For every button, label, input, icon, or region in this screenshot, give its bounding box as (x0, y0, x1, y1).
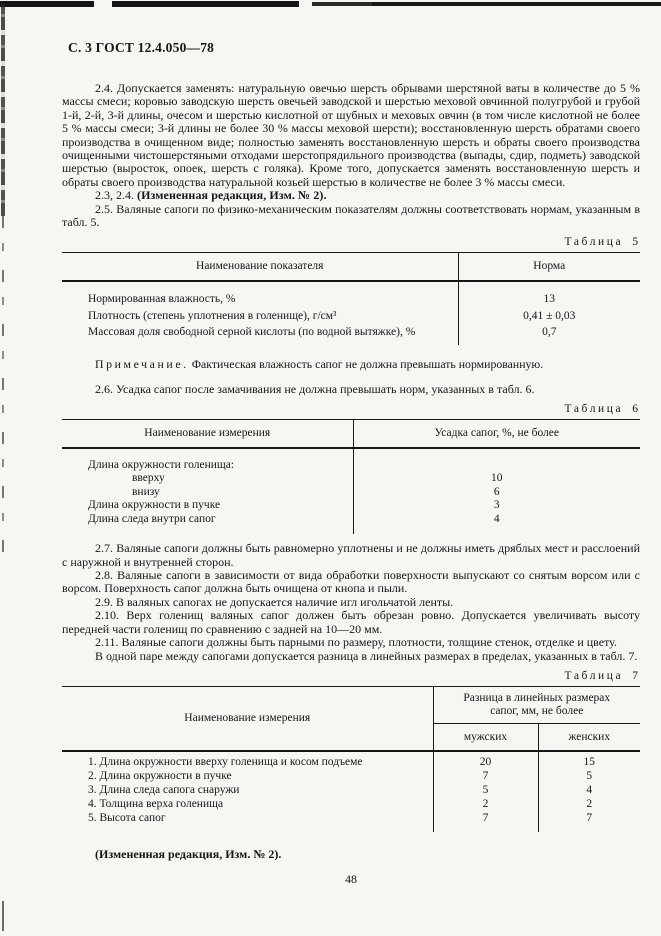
measure-name-cell: Длина окружности в пучке (62, 499, 353, 513)
indicator-name-cell: Плотность (степень уплотнения в голенище… (62, 308, 458, 324)
table-header-row: Наименование показателя Норма (62, 253, 640, 281)
male-value-cell: 7 (433, 812, 538, 832)
female-value-cell: 7 (538, 812, 640, 832)
measure-name-cell: внизу (62, 486, 353, 500)
female-value-cell: 5 (538, 770, 640, 784)
table7-col-measure: Наименование измерения (62, 686, 433, 751)
male-value-cell: 5 (433, 784, 538, 798)
shrinkage-value-cell: 3 (353, 499, 640, 513)
male-value-cell: 20 (433, 751, 538, 770)
table-row: вверху 10 (62, 472, 640, 486)
measure-name-cell: 2. Длина окружности в пучке (62, 770, 433, 784)
scanned-document-page: С. 3 ГОСТ 12.4.050—78 2.4. Допускается з… (0, 0, 661, 936)
measure-name-cell: 5. Высота сапог (62, 812, 433, 832)
page-header: С. 3 ГОСТ 12.4.050—78 (68, 40, 640, 56)
paragraph-2-9: 2.9. В валяных сапогах не допускается на… (62, 596, 640, 609)
norm-value-cell: 13 (458, 281, 640, 307)
female-value-cell: 2 (538, 798, 640, 812)
table6-col-shrinkage: Усадка сапог, %, не более (353, 419, 640, 447)
indicator-name-cell: Нормированная влажность, % (62, 281, 458, 307)
male-value-cell: 7 (433, 770, 538, 784)
table6-caption: Таблица6 (62, 403, 640, 415)
table-row: 5. Высота сапог 7 7 (62, 812, 640, 832)
shrinkage-value-cell: 4 (353, 513, 640, 535)
scan-artifact-top-edge (312, 2, 661, 6)
measure-name-cell: Длина следа внутри сапог (62, 513, 353, 535)
note-text: Фактическая влажность сапог не должна пр… (192, 357, 544, 371)
table-row: 1. Длина окружности вверху голенища и ко… (62, 751, 640, 770)
amendment-text: (Измененная редакция, Изм. № 2). (137, 188, 327, 202)
scan-artifact-left-edge (2, 901, 4, 931)
measure-name-cell: 3. Длина следа сапога снаружи (62, 784, 433, 798)
paragraph-2-7: 2.7. Валяные сапоги должны быть равномер… (62, 542, 640, 569)
table7-caption: Таблица7 (62, 670, 640, 682)
scan-artifact-top-edge (0, 1, 312, 7)
paragraph-2-6: 2.6. Усадка сапог после замачивания не д… (62, 383, 640, 396)
female-value-cell: 4 (538, 784, 640, 798)
measure-name-cell: 1. Длина окружности вверху голенища и ко… (62, 751, 433, 770)
table6-col-measure: Наименование измерения (62, 419, 353, 447)
note-label: Примечание. (95, 357, 189, 371)
table-row: внизу 6 (62, 486, 640, 500)
table-row: 3. Длина следа сапога снаружи 5 4 (62, 784, 640, 798)
paragraph-pair-difference: В одной паре между сапогами допускается … (62, 650, 640, 663)
table-row: Длина следа внутри сапог 4 (62, 513, 640, 535)
table-row: 2. Длина окружности в пучке 7 5 (62, 770, 640, 784)
shrinkage-value-cell (353, 448, 640, 473)
table5-caption: Таблица5 (62, 236, 640, 248)
measure-name-cell: вверху (62, 472, 353, 486)
note-table5: Примечание. Фактическая влажность сапог … (62, 358, 640, 371)
table7-col-female: женских (538, 723, 640, 751)
table-row: Длина окружности голенища: (62, 448, 640, 473)
paragraph-2-10: 2.10. Верх голенищ валяных сапог должен … (62, 609, 640, 636)
indicator-name-cell: Массовая доля свободной серной кислоты (… (62, 324, 458, 345)
table7-col-male: мужских (433, 723, 538, 751)
male-value-cell: 2 (433, 798, 538, 812)
paragraph-2-4: 2.4. Допускается заменять: натуральную о… (62, 82, 640, 189)
page-content: С. 3 ГОСТ 12.4.050—78 2.4. Допускается з… (62, 36, 640, 887)
table5: Наименование показателя Норма Нормирован… (62, 252, 640, 345)
norm-value-cell: 0,7 (458, 324, 640, 345)
scan-artifact-left-edge (2, 216, 4, 564)
paragraph-2-5: 2.5. Валяные сапоги по физико-механическ… (62, 203, 640, 230)
table-header-row: Наименование измерения Усадка сапог, %, … (62, 419, 640, 447)
table-row: 4. Толщина верха голенища 2 2 (62, 798, 640, 812)
table5-col-norm: Норма (458, 253, 640, 281)
table7: Наименование измерения Разница в линейны… (62, 686, 640, 832)
table-row: Массовая доля свободной серной кислоты (… (62, 324, 640, 345)
table-row: Нормированная влажность, % 13 (62, 281, 640, 307)
table-header-row: Наименование измерения Разница в линейны… (62, 686, 640, 723)
shrinkage-value-cell: 6 (353, 486, 640, 500)
table7-group-header: Разница в линейных размерах сапог, мм, н… (433, 686, 640, 723)
page-number: 48 (62, 872, 640, 887)
measure-name-cell: Длина окружности голенища: (62, 448, 353, 473)
final-amendment: (Измененная редакция, Изм. № 2). (62, 847, 640, 862)
table5-col-indicator: Наименование показателя (62, 253, 458, 281)
table6: Наименование измерения Усадка сапог, %, … (62, 419, 640, 534)
norm-value-cell: 0,41 ± 0,03 (458, 308, 640, 324)
table-row: Длина окружности в пучке 3 (62, 499, 640, 513)
amendment-ref: 2.3, 2.4. (95, 188, 134, 202)
paragraph-2-8: 2.8. Валяные сапоги в зависимости от вид… (62, 569, 640, 596)
paragraph-2-11: 2.11. Валяные сапоги должны быть парными… (62, 636, 640, 649)
amendment-note-2-3-2-4: 2.3, 2.4. (Измененная редакция, Изм. № 2… (62, 189, 640, 202)
shrinkage-value-cell: 10 (353, 472, 640, 486)
table-row: Плотность (степень уплотнения в голенище… (62, 308, 640, 324)
scan-artifact-left-edge (1, 4, 5, 216)
female-value-cell: 15 (538, 751, 640, 770)
measure-name-cell: 4. Толщина верха голенища (62, 798, 433, 812)
